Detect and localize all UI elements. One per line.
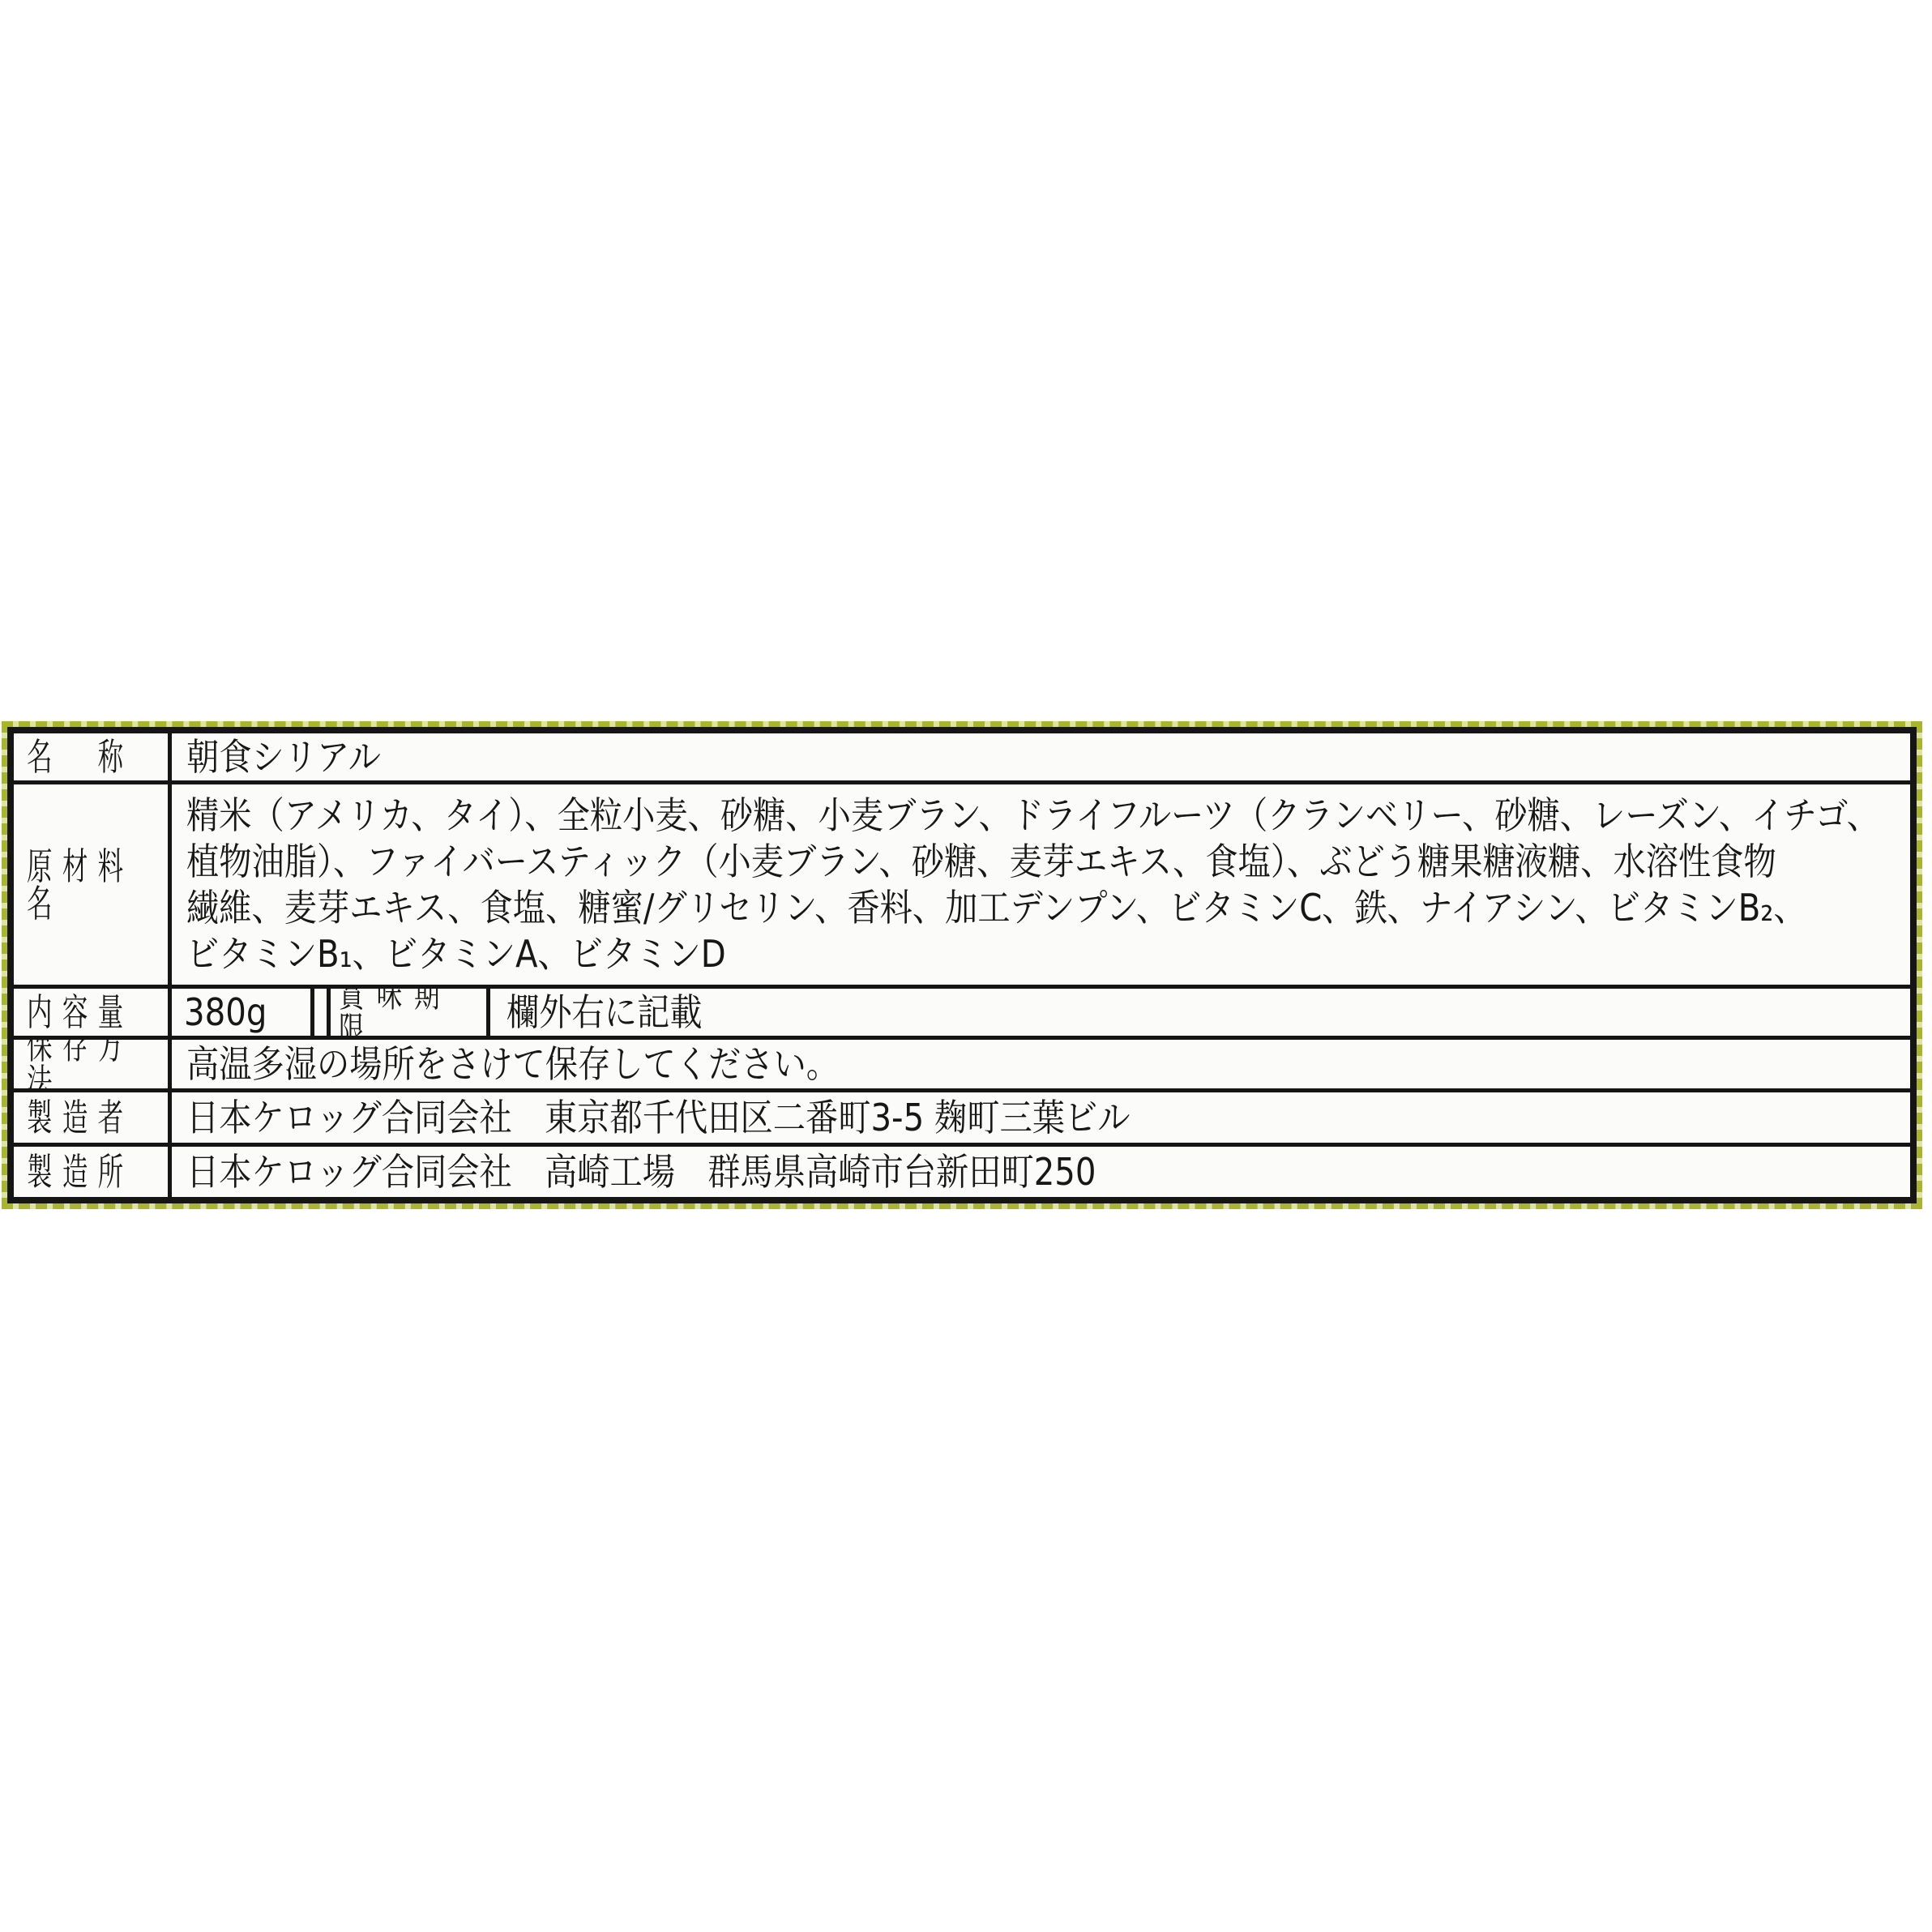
header-cell-storage: 保存方法 xyxy=(14,1040,172,1088)
best-before-text: 欄外右に記載 xyxy=(507,990,703,1036)
header-label: 製造者 xyxy=(27,1099,123,1136)
row-manufacturer: 製造者 日本ケロッグ合同会社 東京都千代田区二番町3-5 麹町三葉ビル xyxy=(14,1088,1910,1143)
header-cell-factory: 製造所 xyxy=(14,1147,172,1197)
ingredients-line: 植物油脂）、ファイバースティック（小麦ブラン、砂糖、麦芽エキス、食塩）、ぶどう糖… xyxy=(186,839,1776,885)
net-content-text: 380g xyxy=(184,990,267,1036)
manufacturer-text: 日本ケロッグ合同会社 東京都千代田区二番町3-5 麹町三葉ビル xyxy=(186,1095,1130,1141)
header-label: 製造所 xyxy=(27,1153,123,1190)
food-label-table: 名称 朝食シリアル 原材料名 精米（アメリカ、タイ）、全粒小麦、砂糖、小麦ブラン… xyxy=(7,727,1917,1203)
row-ingredients: 原材料名 精米（アメリカ、タイ）、全粒小麦、砂糖、小麦ブラン、ドライフルーツ（ク… xyxy=(14,780,1910,985)
ingredients-line: ビタミンB₁、ビタミンA、ビタミンD xyxy=(186,931,726,977)
row-net-content: 内容量 380g 賞味期限 欄外右に記載 xyxy=(14,985,1910,1036)
row-storage: 保存方法 高温多湿の場所をさけて保存してください。 xyxy=(14,1036,1910,1088)
value-cell-storage: 高温多湿の場所をさけて保存してください。 xyxy=(172,1040,1910,1088)
factory-text: 日本ケロッグ合同会社 高崎工場 群馬県高崎市台新田町250 xyxy=(186,1149,1096,1195)
value-cell-ingredients: 精米（アメリカ、タイ）、全粒小麦、砂糖、小麦ブラン、ドライフルーツ（クランベリー… xyxy=(172,784,1910,985)
value-cell-manufacturer: 日本ケロッグ合同会社 東京都千代田区二番町3-5 麹町三葉ビル xyxy=(172,1092,1910,1143)
header-cell-name: 名称 xyxy=(14,733,172,780)
ingredients-line: 精米（アメリカ、タイ）、全粒小麦、砂糖、小麦ブラン、ドライフルーツ（クランベリー… xyxy=(186,793,1879,839)
storage-text: 高温多湿の場所をさけて保存してください。 xyxy=(186,1041,839,1088)
header-label: 内容量 xyxy=(27,994,123,1031)
header-cell-best-before: 賞味期限 xyxy=(331,989,490,1036)
header-label: 名称 xyxy=(27,738,123,776)
row-product-name: 名称 朝食シリアル xyxy=(14,733,1910,780)
row-factory: 製造所 日本ケロッグ合同会社 高崎工場 群馬県高崎市台新田町250 xyxy=(14,1143,1910,1197)
double-line-gap xyxy=(314,989,331,1036)
ingredients-line: 繊維、麦芽エキス、食塩、糖蜜/グリセリン、香料、加工デンプン、ビタミンC、鉄、ナ… xyxy=(186,885,1806,931)
header-cell-net-content: 内容量 xyxy=(14,989,172,1036)
value-cell-factory: 日本ケロッグ合同会社 高崎工場 群馬県高崎市台新田町250 xyxy=(172,1147,1910,1197)
value-cell-net-content: 380g xyxy=(172,989,314,1036)
header-cell-ingredients: 原材料名 xyxy=(14,784,172,985)
value-cell-name: 朝食シリアル xyxy=(172,733,1910,780)
product-name-text: 朝食シリアル xyxy=(186,734,381,780)
value-cell-best-before: 欄外右に記載 xyxy=(490,989,1910,1036)
header-cell-manufacturer: 製造者 xyxy=(14,1092,172,1143)
header-label: 原材料名 xyxy=(27,848,123,922)
header-label: 賞味期限 xyxy=(339,989,440,1036)
header-label: 保存方法 xyxy=(27,1040,123,1088)
